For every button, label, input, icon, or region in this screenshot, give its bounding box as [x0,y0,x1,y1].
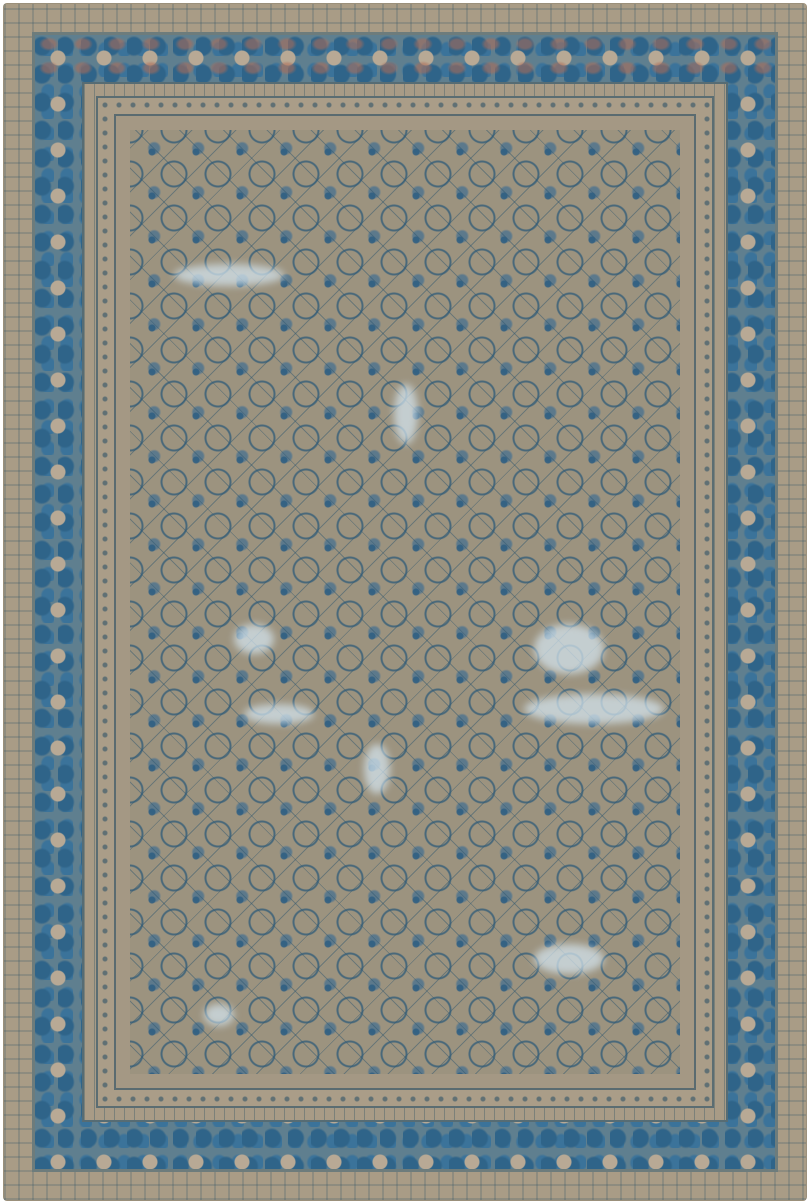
wear-patch [534,624,604,674]
wear-patch [174,264,284,286]
wear-patch [364,744,390,794]
wear-patch [524,694,664,724]
wear-patch [234,624,274,654]
rug [4,4,806,1200]
wear-patch [204,1004,234,1026]
wear-patch [534,944,604,974]
wear-patch [244,704,314,724]
wear-patch [394,384,418,444]
rust-accent-border [32,32,778,80]
